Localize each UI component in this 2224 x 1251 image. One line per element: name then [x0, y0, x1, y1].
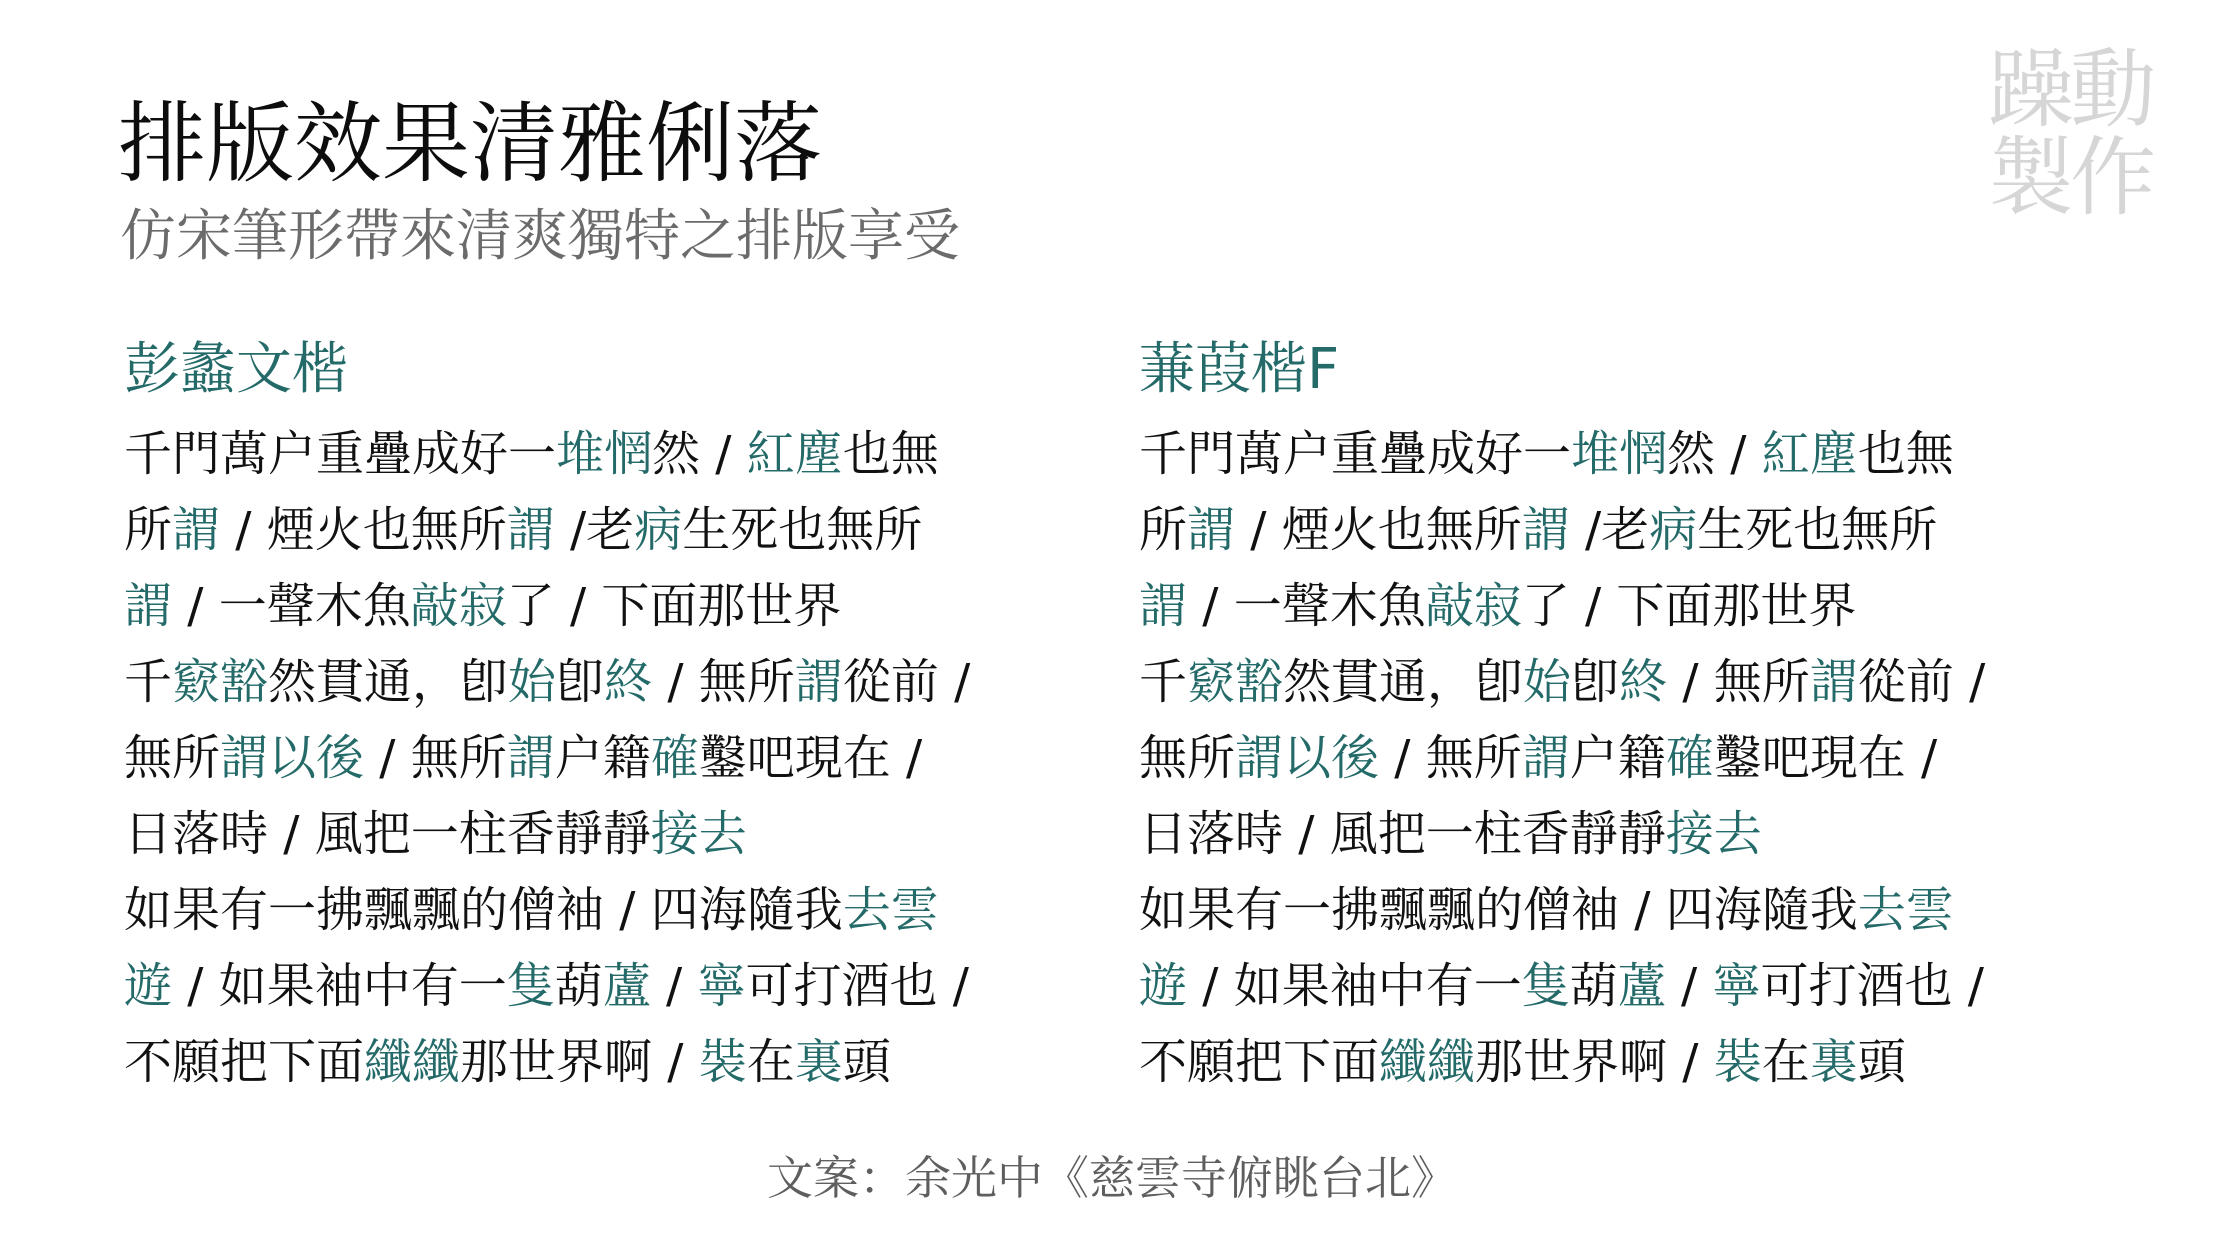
highlighted-text: 謂	[1522, 502, 1570, 558]
highlighted-text: 謂	[1187, 502, 1235, 558]
poem-line: 遊 / 如果袖中有一隻葫蘆 / 寧可打酒也 /	[1139, 948, 1985, 1024]
poem-text: 日落時 / 風把一柱香靜靜	[1139, 806, 1666, 862]
highlighted-text: 謂	[1139, 578, 1187, 634]
highlighted-text: 謂	[172, 502, 220, 558]
highlighted-text: 始	[1523, 654, 1571, 710]
highlighted-text: 去雲	[843, 882, 939, 938]
highlighted-text: 謂	[124, 578, 172, 634]
highlighted-text: 堆惘	[1571, 426, 1667, 482]
poem-text: 生死也無所	[1697, 502, 1937, 558]
highlighted-text: 接去	[1666, 806, 1762, 862]
highlighted-text: 堆惘	[556, 426, 652, 482]
poem-text: 千門萬户重疊成好一	[1139, 426, 1571, 482]
highlighted-text: 去雲	[1858, 882, 1954, 938]
highlighted-text: 蘆	[603, 958, 651, 1014]
poem-text: 千	[1139, 654, 1187, 710]
highlighted-text: 遊	[124, 958, 172, 1014]
highlighted-text: 裝	[1714, 1034, 1762, 1090]
highlighted-text: 病	[1649, 502, 1697, 558]
poem-text: 户籍	[1570, 730, 1666, 786]
highlighted-text: 終	[1619, 654, 1667, 710]
poem-text: / 如果袖中有一	[1187, 958, 1522, 1014]
poem-line: 如果有一拂飄飄的僧袖 / 四海隨我去雲	[124, 872, 970, 948]
poem-text: / 一聲木魚	[1187, 578, 1426, 634]
poem-text: 然 /	[652, 426, 747, 482]
poem-text: 無所	[1139, 730, 1235, 786]
highlighted-text: 纖纖	[1379, 1034, 1475, 1090]
highlighted-text: 謂	[1810, 654, 1858, 710]
poem-text: / 無所	[1667, 654, 1810, 710]
highlighted-text: 確	[1666, 730, 1714, 786]
poem-text: 日落時 / 風把一柱香靜靜	[124, 806, 651, 862]
highlighted-text: 病	[634, 502, 682, 558]
poem-text: 那世界啊 /	[1475, 1034, 1714, 1090]
poem-text: 然貫通，卽	[268, 654, 508, 710]
poem-text: / 如果袖中有一	[172, 958, 507, 1014]
highlighted-text: 始	[508, 654, 556, 710]
poem-text: / 無所	[652, 654, 795, 710]
poem-line: 所謂 / 煙火也無所謂 /老病生死也無所	[1139, 492, 1985, 568]
highlighted-text: 謂以後	[220, 730, 364, 786]
highlighted-text: 謂	[507, 502, 555, 558]
poem-text: /	[1666, 958, 1713, 1014]
poem-text: 然 /	[1667, 426, 1762, 482]
highlighted-text: 紅塵	[747, 426, 843, 482]
font-sample-left: 彭蠡文楷 千門萬户重疊成好一堆惘然 / 紅塵也無所謂 / 煙火也無所謂 /老病生…	[124, 330, 970, 1100]
highlighted-text: 謂	[795, 654, 843, 710]
highlighted-text: 敲寂	[411, 578, 507, 634]
brand-logo: 躁動 製作	[1988, 46, 2178, 222]
poem-text: 可打酒也 /	[1760, 958, 1983, 1014]
poem-text: 户籍	[555, 730, 651, 786]
highlighted-text: 謂	[1522, 730, 1570, 786]
poem-text: / 煙火也無所	[1235, 502, 1522, 558]
page-subtitle: 仿宋筆形帶來清爽獨特之排版享受	[120, 204, 960, 270]
poem-text: 卽	[556, 654, 604, 710]
poem-text: 鑿吧現在 /	[699, 730, 922, 786]
poem-text: 所	[124, 502, 172, 558]
poem-line: 千窽豁然貫通，卽始卽終 / 無所謂從前 /	[1139, 644, 1985, 720]
poem-line: 千門萬户重疊成好一堆惘然 / 紅塵也無	[1139, 416, 1985, 492]
poem-line: 如果有一拂飄飄的僧袖 / 四海隨我去雲	[1139, 872, 1985, 948]
poem-line: 不願把下面纖纖那世界啊 / 裝在裏頭	[124, 1024, 970, 1100]
highlighted-text: 遊	[1139, 958, 1187, 1014]
poem-line: 遊 / 如果袖中有一隻葫蘆 / 寧可打酒也 /	[124, 948, 970, 1024]
highlighted-text: 寧	[697, 958, 745, 1014]
highlighted-text: 終	[604, 654, 652, 710]
poem-text: 葫	[555, 958, 603, 1014]
poem-line: 無所謂以後 / 無所謂户籍確鑿吧現在 /	[124, 720, 970, 796]
highlighted-text: 裏	[795, 1034, 843, 1090]
highlighted-text: 蘆	[1618, 958, 1666, 1014]
poem-line: 不願把下面纖纖那世界啊 / 裝在裏頭	[1139, 1024, 1985, 1100]
highlighted-text: 敲寂	[1426, 578, 1522, 634]
font-sample-right: 蒹葭楷F 千門萬户重疊成好一堆惘然 / 紅塵也無所謂 / 煙火也無所謂 /老病生…	[1139, 330, 1985, 1100]
poem-text: 在	[747, 1034, 795, 1090]
poem-text: 如果有一拂飄飄的僧袖 / 四海隨我	[124, 882, 843, 938]
poem-text: 千門萬户重疊成好一	[124, 426, 556, 482]
poem-line: 千窽豁然貫通，卽始卽終 / 無所謂從前 /	[124, 644, 970, 720]
poem-line: 日落時 / 風把一柱香靜靜接去	[1139, 796, 1985, 872]
poem-text: 從前 /	[1858, 654, 1985, 710]
poem-text: 如果有一拂飄飄的僧袖 / 四海隨我	[1139, 882, 1858, 938]
poem-text: 千	[124, 654, 172, 710]
poem-line: 謂 / 一聲木魚敲寂了 / 下面那世界	[124, 568, 970, 644]
poem-text: / 無所	[364, 730, 507, 786]
highlighted-text: 接去	[651, 806, 747, 862]
poem-text: 從前 /	[843, 654, 970, 710]
poem-text: 卽	[1571, 654, 1619, 710]
poem-text: / 無所	[1379, 730, 1522, 786]
font-name-title: 蒹葭楷F	[1139, 330, 1985, 410]
poem-text: 在	[1762, 1034, 1810, 1090]
poem-text: / 一聲木魚	[172, 578, 411, 634]
source-caption: 文案：余光中《慈雲寺俯眺台北》	[0, 1148, 2224, 1208]
page-title: 排版效果清雅俐落	[118, 92, 822, 196]
poem-text: 那世界啊 /	[460, 1034, 699, 1090]
poem-text: 可打酒也 /	[745, 958, 968, 1014]
poem-text: 所	[1139, 502, 1187, 558]
poem-text: 了 / 下面那世界	[507, 578, 842, 634]
poem-text: 鑿吧現在 /	[1714, 730, 1937, 786]
poem-text: /	[651, 958, 698, 1014]
highlighted-text: 纖纖	[364, 1034, 460, 1090]
poem-line: 千門萬户重疊成好一堆惘然 / 紅塵也無	[124, 416, 970, 492]
poem-text: 了 / 下面那世界	[1522, 578, 1857, 634]
poem-text: 無所	[124, 730, 220, 786]
poem-block: 千門萬户重疊成好一堆惘然 / 紅塵也無所謂 / 煙火也無所謂 /老病生死也無所謂…	[1139, 416, 1985, 1100]
poem-text: 也無	[1858, 426, 1954, 482]
poem-line: 謂 / 一聲木魚敲寂了 / 下面那世界	[1139, 568, 1985, 644]
poem-text: 頭	[1858, 1034, 1906, 1090]
poem-text: / 煙火也無所	[220, 502, 507, 558]
font-name-title: 彭蠡文楷	[124, 330, 970, 410]
poem-block: 千門萬户重疊成好一堆惘然 / 紅塵也無所謂 / 煙火也無所謂 /老病生死也無所謂…	[124, 416, 970, 1100]
poem-line: 所謂 / 煙火也無所謂 /老病生死也無所	[124, 492, 970, 568]
poem-text: 不願把下面	[1139, 1034, 1379, 1090]
highlighted-text: 隻	[507, 958, 555, 1014]
poem-line: 日落時 / 風把一柱香靜靜接去	[124, 796, 970, 872]
poem-text: 然貫通，卽	[1283, 654, 1523, 710]
poem-text: /老	[555, 502, 634, 558]
highlighted-text: 隻	[1522, 958, 1570, 1014]
poem-text: 葫	[1570, 958, 1618, 1014]
poem-text: /老	[1570, 502, 1649, 558]
highlighted-text: 確	[651, 730, 699, 786]
highlighted-text: 窽豁	[1187, 654, 1283, 710]
poem-line: 無所謂以後 / 無所謂户籍確鑿吧現在 /	[1139, 720, 1985, 796]
highlighted-text: 寧	[1712, 958, 1760, 1014]
logo-line-2: 製作	[1988, 134, 2178, 222]
highlighted-text: 裝	[699, 1034, 747, 1090]
highlighted-text: 窽豁	[172, 654, 268, 710]
highlighted-text: 紅塵	[1762, 426, 1858, 482]
highlighted-text: 裏	[1810, 1034, 1858, 1090]
poem-text: 不願把下面	[124, 1034, 364, 1090]
poem-text: 也無	[843, 426, 939, 482]
poem-text: 頭	[843, 1034, 891, 1090]
highlighted-text: 謂	[507, 730, 555, 786]
poem-text: 生死也無所	[682, 502, 922, 558]
logo-line-1: 躁動	[1988, 46, 2178, 134]
highlighted-text: 謂以後	[1235, 730, 1379, 786]
